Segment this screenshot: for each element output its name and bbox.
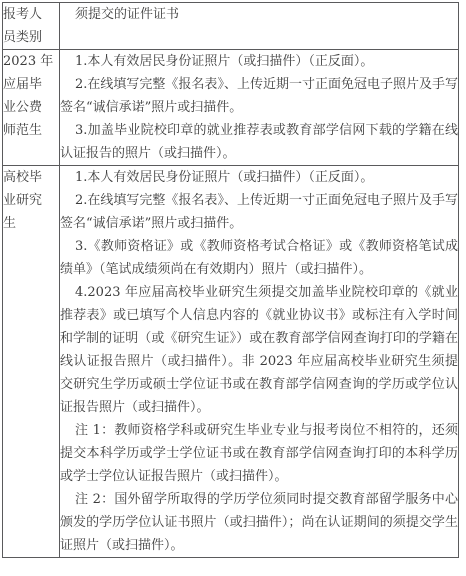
table-header-row: 报考人 员类别 须提交的证件证书 <box>3 3 459 50</box>
requirement-item: 4.2023 年应届高校毕业研究生须提交加盖毕业院校印章的《就业推荐表》或已填写… <box>60 281 458 419</box>
header-category-cell: 报考人 员类别 <box>3 3 60 50</box>
requirement-item: 1.本人有效居民身份证照片（或扫描件）（正反面）。 <box>60 166 458 189</box>
requirement-item: 1.本人有效居民身份证照片（或扫描件）（正反面）。 <box>60 50 458 73</box>
category-cell: 高校毕 业研究 生 <box>3 166 60 558</box>
documents-cell: 1.本人有效居民身份证照片（或扫描件）（正反面）。 2.在线填写完整《报名表》、… <box>60 166 459 558</box>
requirement-item: 3.加盖毕业院校印章的就业推荐表或教育部学信网下载的学籍在线认证报告的照片（或扫… <box>60 119 458 165</box>
document-page: 报考人 员类别 须提交的证件证书 2023 年 应届毕 业公费 师范生 1.本人… <box>0 0 466 558</box>
documents-cell: 1.本人有效居民身份证照片（或扫描件）（正反面）。 2.在线填写完整《报名表》、… <box>60 50 459 166</box>
requirement-item: 3.《教师资格证》或《教师资格考试合格证》或《教师资格笔试成绩单》（笔试成绩须尚… <box>60 235 458 281</box>
requirement-note: 注 1：教师资格学科或研究生毕业专业与报考岗位不相符的，还须提交本科学历或学士学… <box>60 419 458 488</box>
requirement-note: 注 2：国外留学所取得的学历学位须同时提交教育部留学服务中心颁发的学历学位认证书… <box>60 488 458 557</box>
requirement-item: 2.在线填写完整《报名表》、上传近期一寸正面免冠电子照片及手写签名“诚信承诺”照… <box>60 73 458 119</box>
header-documents-label: 须提交的证件证书 <box>60 3 458 26</box>
category-cell: 2023 年 应届毕 业公费 师范生 <box>3 50 60 166</box>
table-row-biye-yanjiusheng: 高校毕 业研究 生 1.本人有效居民身份证照片（或扫描件）（正反面）。 2.在线… <box>3 166 459 558</box>
requirements-table: 报考人 员类别 须提交的证件证书 2023 年 应届毕 业公费 师范生 1.本人… <box>2 2 459 558</box>
header-documents-cell: 须提交的证件证书 <box>60 3 459 50</box>
table-row-gongfei-shifansheng: 2023 年 应届毕 业公费 师范生 1.本人有效居民身份证照片（或扫描件）（正… <box>3 50 459 166</box>
requirement-item: 2.在线填写完整《报名表》、上传近期一寸正面免冠电子照片及手写签名“诚信承诺”照… <box>60 189 458 235</box>
